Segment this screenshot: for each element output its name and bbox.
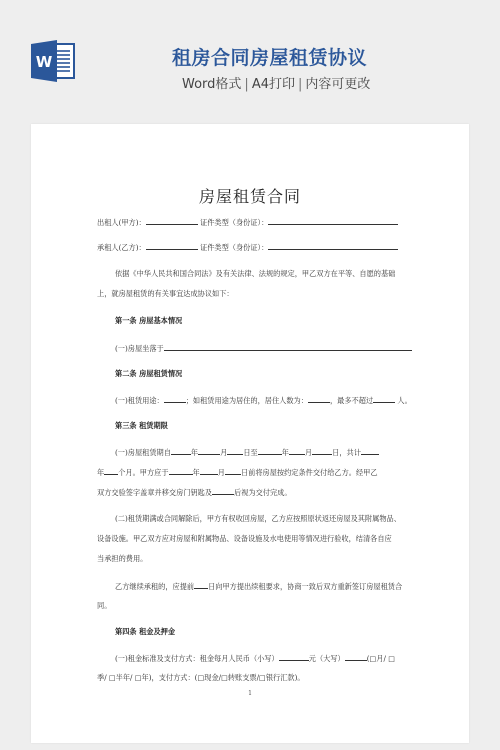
text: 乙方继续承租的，应提前 bbox=[115, 582, 194, 591]
id-type-label: 证件类型（身份证）： bbox=[200, 243, 268, 252]
payment-period-options: (□月/ □ bbox=[367, 654, 395, 663]
separator: | bbox=[244, 77, 248, 92]
article-2-item-1: (一)租赁用途：；如租赁用途为居住的，居住人数为：，最多不超过 人。 bbox=[115, 394, 435, 407]
rent-amount-words-field[interactable] bbox=[345, 652, 367, 661]
separator: | bbox=[298, 77, 302, 92]
text: 个月。甲方应于 bbox=[118, 468, 168, 477]
party-a-line: 出租人(甲方)： 证件类型（身份证）： bbox=[97, 216, 417, 229]
article-3-heading: 第三条 租赁期限 bbox=[115, 420, 435, 432]
occupants-label: ；如租赁用途为居住的，居住人数为： bbox=[186, 396, 308, 405]
end-year-field[interactable] bbox=[258, 446, 282, 455]
article-3-item-1-line-3: 双方交验签字盖章并移交房门钥匙及后视为交付完成。 bbox=[97, 486, 417, 499]
text: 月 bbox=[305, 448, 312, 457]
text: 双方交验签字盖章并移交房门钥匙及 bbox=[97, 488, 212, 497]
preamble-line-2: 上，就房屋租赁的有关事宜达成协议如下： bbox=[97, 288, 417, 300]
text: 元（大写） bbox=[309, 654, 345, 663]
article-3-item-1-line-2: 年个月。甲方应于年月日前将房屋按约定条件交付给乙方。经甲乙 bbox=[97, 466, 417, 479]
total-years-field[interactable] bbox=[361, 446, 379, 455]
article-3-item-2-line-3: 当承担的费用。 bbox=[97, 553, 417, 565]
text: 日向甲方提出续租要求，协商一致后双方重新签订房屋租赁合 bbox=[208, 582, 402, 591]
party-b-name-field[interactable] bbox=[146, 241, 198, 250]
rent-amount-field[interactable] bbox=[279, 652, 309, 661]
handover-items-field[interactable] bbox=[212, 486, 234, 495]
text: 年 bbox=[97, 468, 104, 477]
preamble-line-1: 依据《中华人民共和国合同法》及有关法律、法规的规定，甲乙双方在平等、自愿的基础 bbox=[115, 268, 435, 280]
page-number: 1 bbox=[31, 690, 469, 697]
article-3-item-2-line-1: (二)租赁期满或合同解除后，甲方有权收回房屋，乙方应按照原状返还房屋及其附属物品… bbox=[115, 513, 435, 525]
renewal-line-2: 同。 bbox=[97, 600, 417, 612]
id-type-label: 证件类型（身份证）： bbox=[200, 218, 268, 227]
text: 日前将房屋按约定条件交付给乙方。经甲乙 bbox=[241, 468, 378, 477]
text: 月 bbox=[218, 468, 225, 477]
usage-label: (一)租赁用途： bbox=[115, 396, 164, 405]
text: 日至 bbox=[243, 448, 257, 457]
text: 后视为交付完成。 bbox=[234, 488, 292, 497]
text: (一)租金标准及支付方式：租金每月人民币（小写） bbox=[115, 654, 279, 663]
party-a-label: 出租人(甲方)： bbox=[97, 218, 146, 227]
article-4-item-1-line-1: (一)租金标准及支付方式：租金每月人民币（小写）元（大写）(□月/ □ bbox=[115, 652, 435, 665]
end-month-field[interactable] bbox=[289, 446, 305, 455]
party-a-name-field[interactable] bbox=[146, 216, 198, 225]
start-day-field[interactable] bbox=[227, 446, 243, 455]
subtitle-editable: 内容可更改 bbox=[305, 77, 370, 92]
subtitle-print: A4打印 bbox=[252, 77, 295, 92]
end-day-field[interactable] bbox=[312, 446, 332, 455]
persons-unit: 人。 bbox=[397, 396, 411, 405]
word-doc-icon: W bbox=[31, 40, 77, 82]
text: 年 bbox=[282, 448, 289, 457]
delivery-month-field[interactable] bbox=[200, 466, 218, 475]
occupants-field[interactable] bbox=[308, 394, 330, 403]
svg-text:W: W bbox=[36, 53, 53, 71]
subtitle-format: Word格式 bbox=[182, 77, 241, 92]
party-a-id-field[interactable] bbox=[268, 216, 398, 225]
article-4-heading: 第四条 租金及押金 bbox=[115, 626, 435, 638]
header-title: 租房合同房屋租赁协议 bbox=[172, 43, 372, 70]
header-subtitle: Word格式|A4打印|内容可更改 bbox=[182, 73, 370, 92]
article-3-item-2-line-2: 设备设施。甲乙双方应对房屋和附属物品、设备设施及水电使用等情况进行验收，结清各自… bbox=[97, 533, 417, 545]
document-page: 房屋租赁合同 出租人(甲方)： 证件类型（身份证）： 承租人(乙方)： 证件类型… bbox=[31, 124, 469, 743]
location-field[interactable] bbox=[164, 342, 412, 351]
text: (一)房屋租赁期自 bbox=[115, 448, 171, 457]
text: 年 bbox=[191, 448, 198, 457]
article-2-heading: 第二条 房屋租赁情况 bbox=[115, 368, 435, 380]
party-b-line: 承租人(乙方)： 证件类型（身份证）： bbox=[97, 241, 417, 254]
article-4-item-1-line-2: 季/ □半年/ □年)，支付方式：(□现金/□转账支票/□银行汇款)。 bbox=[97, 672, 417, 684]
location-label: (一)房屋坐落于 bbox=[115, 344, 164, 353]
document-title: 房屋租赁合同 bbox=[31, 184, 469, 207]
article-3-item-1-line-1: (一)房屋租赁期自年月日至年月日，共计 bbox=[115, 446, 435, 459]
text: 月 bbox=[220, 448, 227, 457]
party-b-label: 承租人(乙方)： bbox=[97, 243, 146, 252]
text: 日，共计 bbox=[332, 448, 361, 457]
page-header: W 租房合同房屋租赁协议 Word格式|A4打印|内容可更改 bbox=[0, 0, 500, 124]
start-year-field[interactable] bbox=[171, 446, 191, 455]
max-label: ，最多不超过 bbox=[330, 396, 373, 405]
article-1-item-1: (一)房屋坐落于 bbox=[115, 342, 435, 355]
usage-field[interactable] bbox=[164, 394, 186, 403]
delivery-day-field[interactable] bbox=[225, 466, 241, 475]
article-1-heading: 第一条 房屋基本情况 bbox=[115, 315, 435, 327]
total-months-field[interactable] bbox=[104, 466, 118, 475]
text: 年 bbox=[193, 468, 200, 477]
party-b-id-field[interactable] bbox=[268, 241, 398, 250]
start-month-field[interactable] bbox=[198, 446, 220, 455]
renewal-line-1: 乙方继续承租的，应提前日向甲方提出续租要求，协商一致后双方重新签订房屋租赁合 bbox=[115, 580, 435, 593]
max-occupants-field[interactable] bbox=[373, 394, 395, 403]
renewal-days-field[interactable] bbox=[194, 580, 208, 589]
delivery-year-field[interactable] bbox=[169, 466, 193, 475]
